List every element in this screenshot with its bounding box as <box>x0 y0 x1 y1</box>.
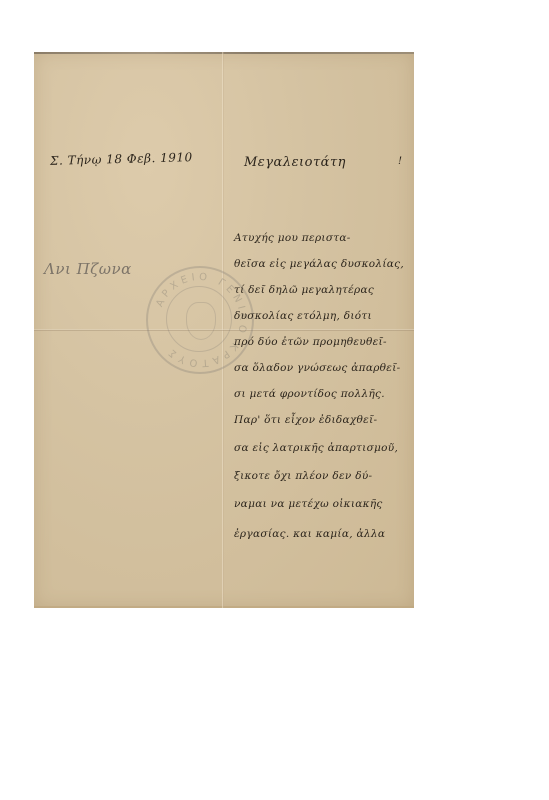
body-line: ἐργασίας. και καμία, ἀλλα <box>234 528 385 540</box>
body-line: θεῖσα εἰς μεγάλας δυσκολίας, <box>234 258 404 270</box>
body-line: σα ὅλαδον γνώσεως ἀπαρθεῖ- <box>234 362 401 374</box>
body-line: Παρ' ὅτι εἶχον ἐδιδαχθεῖ- <box>234 414 377 426</box>
paper-bottom-edge <box>34 606 414 608</box>
body-line: πρό δύο ἐτῶν προμηθευθεῖ- <box>234 336 387 348</box>
paper-top-edge <box>34 52 414 54</box>
pencil-margin-note: Λνι Πζωνα <box>44 260 132 278</box>
body-line: τί δεῖ δηλῶ μεγαλητέρας <box>234 284 374 296</box>
body-line: ξικοτε ὄχι πλέον δεν δύ- <box>234 470 372 482</box>
body-line: ναμαι να μετέχω οἰκιακῆς <box>234 498 383 510</box>
body-line: σι μετά φροντίδος πολλῆς. <box>234 388 385 400</box>
letter-date: Σ. Τήνῳ 18 Φεβ. 1910 <box>50 150 193 168</box>
body-line: δυσκολίας ετόλμη, διότι <box>234 310 372 322</box>
stamp-emblem-icon <box>186 302 216 340</box>
letter-salutation: Μεγαλειοτάτη <box>244 155 346 170</box>
salutation-mark: ! <box>398 156 403 167</box>
body-line: Ατυχής μου περιστα- <box>234 232 351 244</box>
body-line: σα εἰς λατρικῆς ἀπαρτισμοῦ, <box>234 442 398 454</box>
letter-paper: ΑΡΧΕΙΟ ΓΕΝΙΚΟ ΚΡΑΤΟΥΣ Σ. Τήνῳ 18 Φεβ. 19… <box>34 52 414 608</box>
